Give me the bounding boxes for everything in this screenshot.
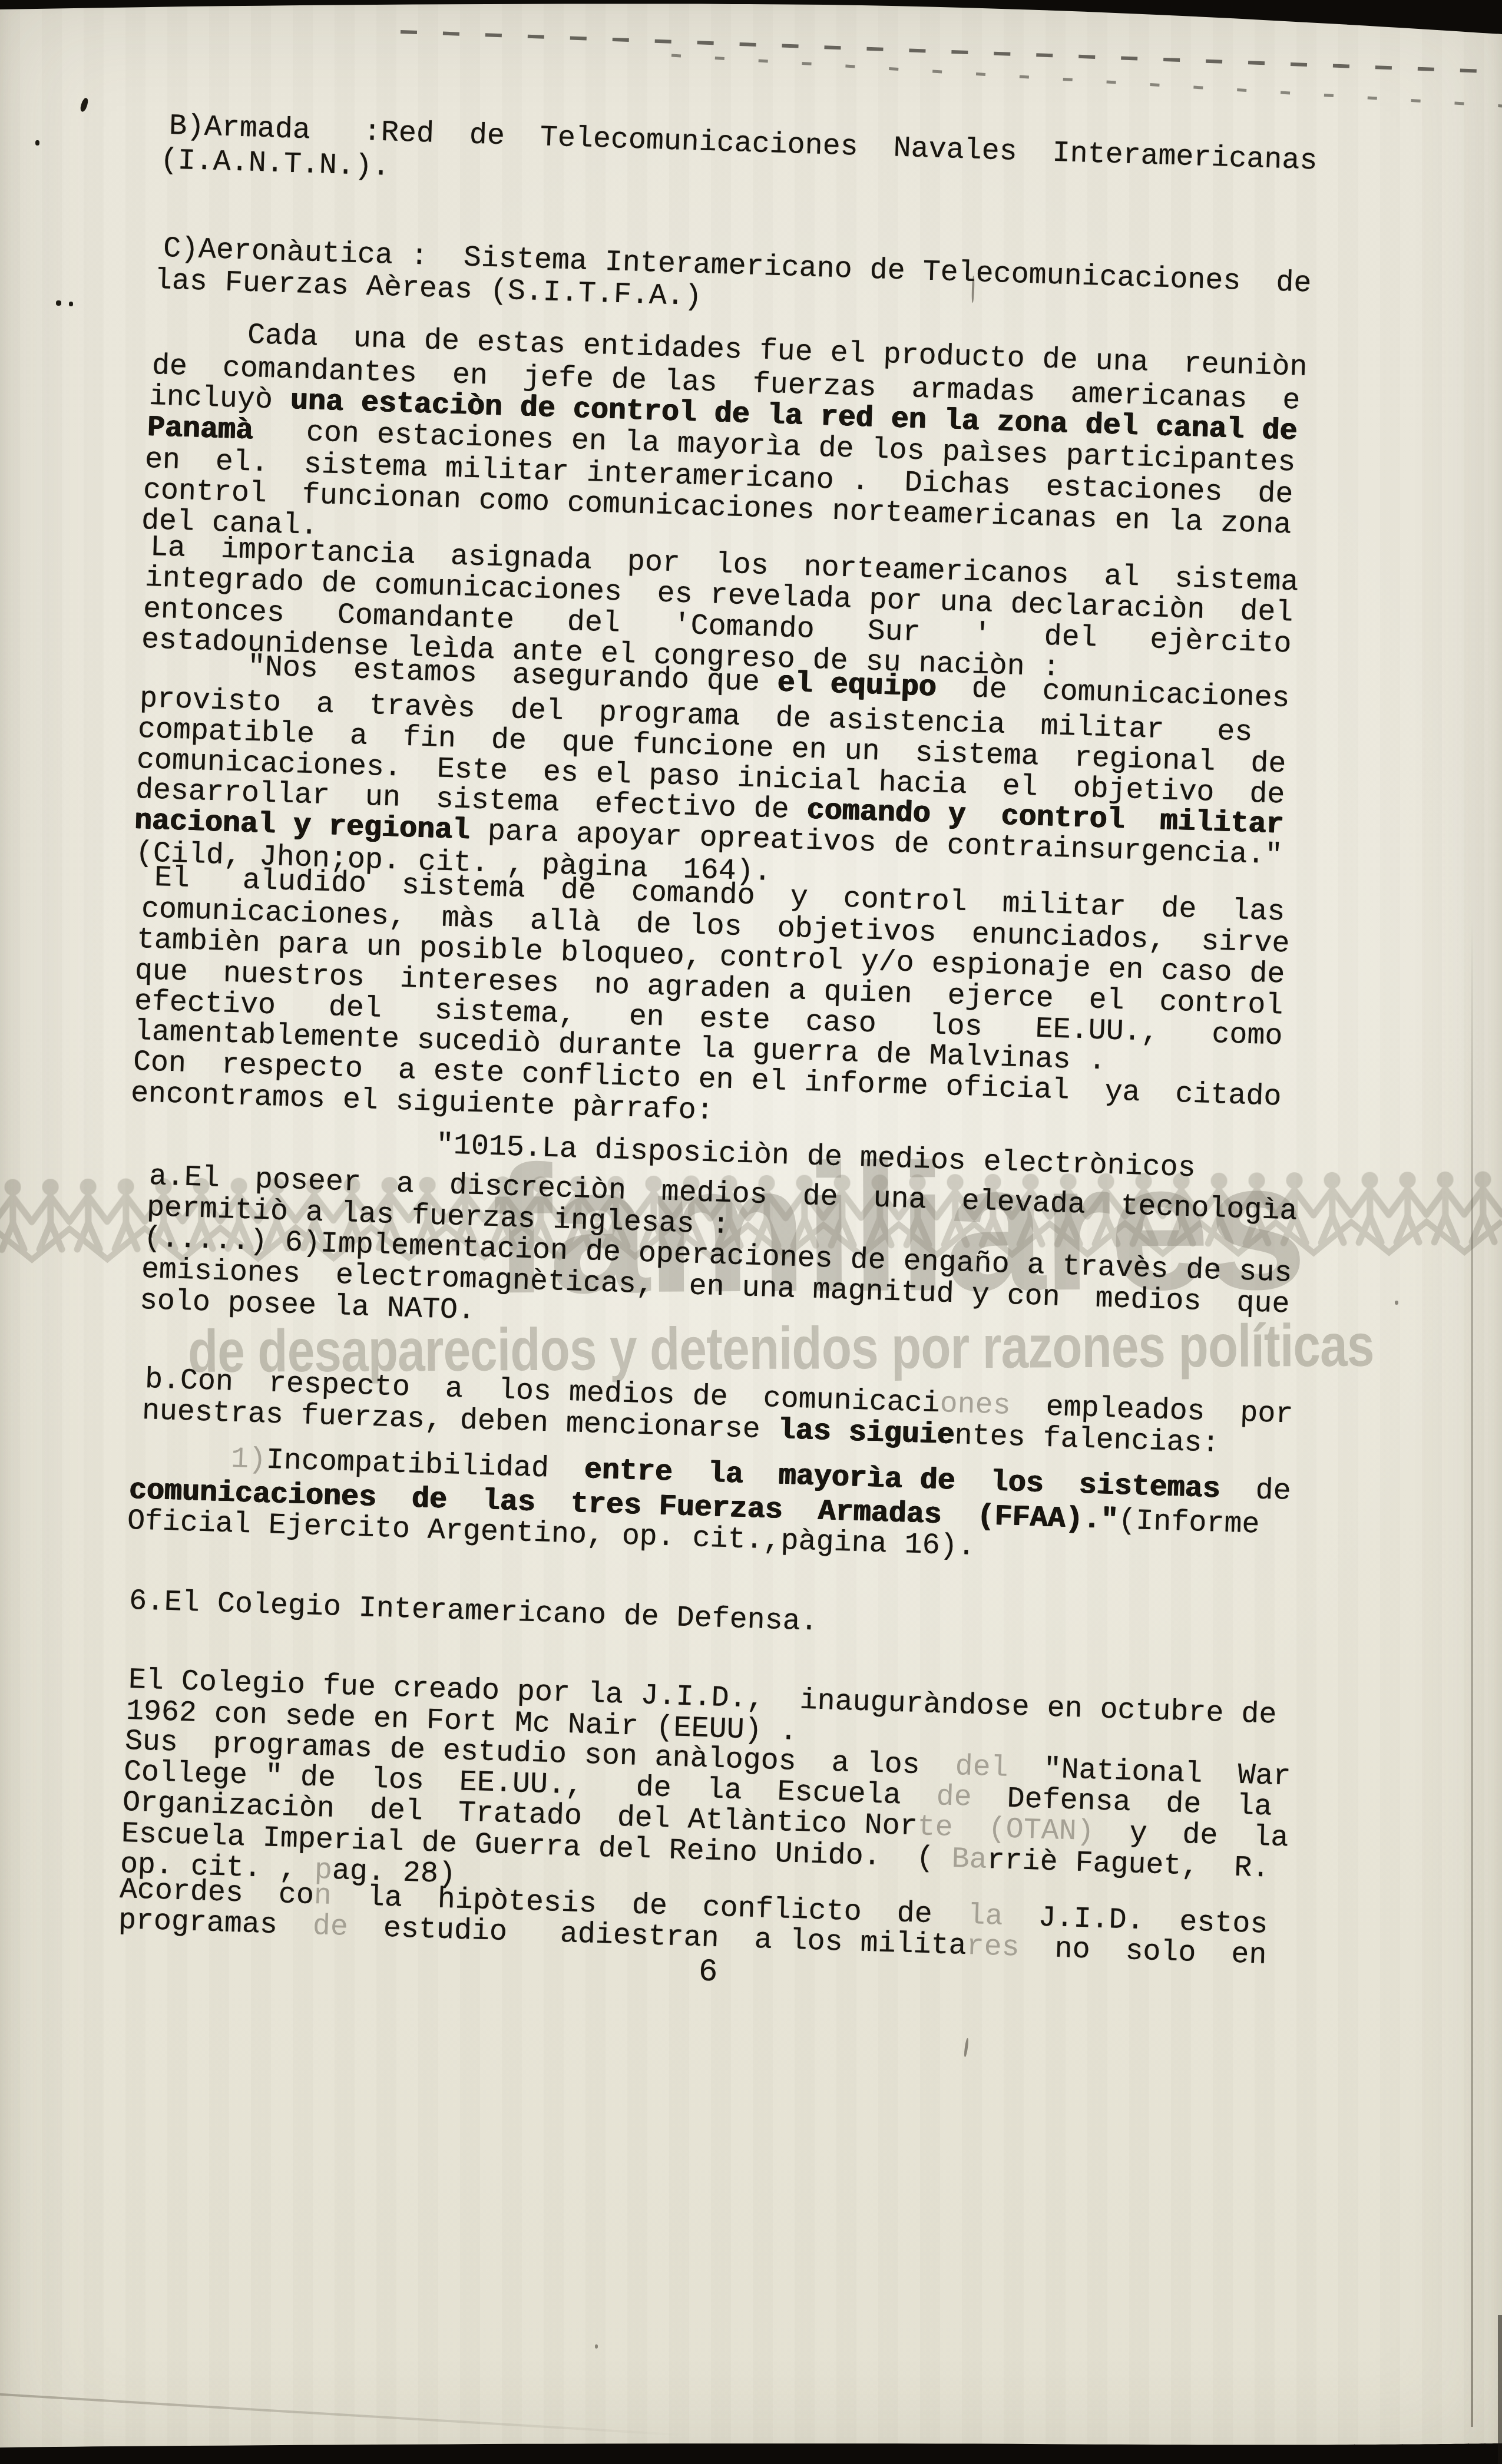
text-segment: el equipo: [777, 667, 937, 705]
page-number: 6: [698, 1954, 718, 1991]
ink-speck: [1395, 1301, 1398, 1305]
text-segment: de: [312, 1910, 349, 1944]
text-line: solo posee la NATO.: [139, 1286, 475, 1326]
ink-speck: [56, 300, 61, 306]
text-segment: de: [1220, 1473, 1292, 1509]
text-segment: [955, 1465, 991, 1500]
text-segment: 1): [230, 1443, 267, 1477]
text-segment: 6.El Colegio Interamericano de Defensa.: [128, 1585, 818, 1639]
ink-speck: [35, 140, 39, 145]
paper-right-edge-shadow: [1471, 919, 1473, 2427]
ink-speck: [69, 302, 73, 306]
text-segment: res: [966, 1930, 1020, 1965]
text-segment: (I.A.N.T.N.).: [160, 144, 391, 184]
ink-speck: [595, 2344, 598, 2349]
text-segment: la: [967, 1899, 1004, 1934]
text-segment: programas: [118, 1904, 313, 1943]
text-segment: Ba: [951, 1843, 988, 1877]
text-line: (I.A.N.T.N.).: [160, 146, 390, 183]
typewritten-text-layer: B)Armada :Red de Telecomunicaciones Nava…: [0, 0, 1502, 2464]
text-line: 6.El Colegio Interamericano de Defensa.: [128, 1587, 818, 1638]
scanned-document-page: B)Armada :Red de Telecomunicaciones Nava…: [0, 0, 1502, 2464]
text-segment: Panamà: [147, 411, 254, 448]
text-segment: los sistemas: [990, 1466, 1221, 1506]
text-segment: n: [313, 1879, 332, 1913]
text-segment: no solo en: [1019, 1931, 1268, 1973]
text-segment: ones: [939, 1387, 1011, 1423]
scan-edge-right-sliver: [1498, 2315, 1502, 2464]
text-segment: de: [936, 1780, 972, 1815]
text-segment: del: [955, 1750, 1009, 1785]
text-segment: las siguie: [778, 1414, 955, 1453]
text-segment: (Informe: [1118, 1504, 1261, 1542]
